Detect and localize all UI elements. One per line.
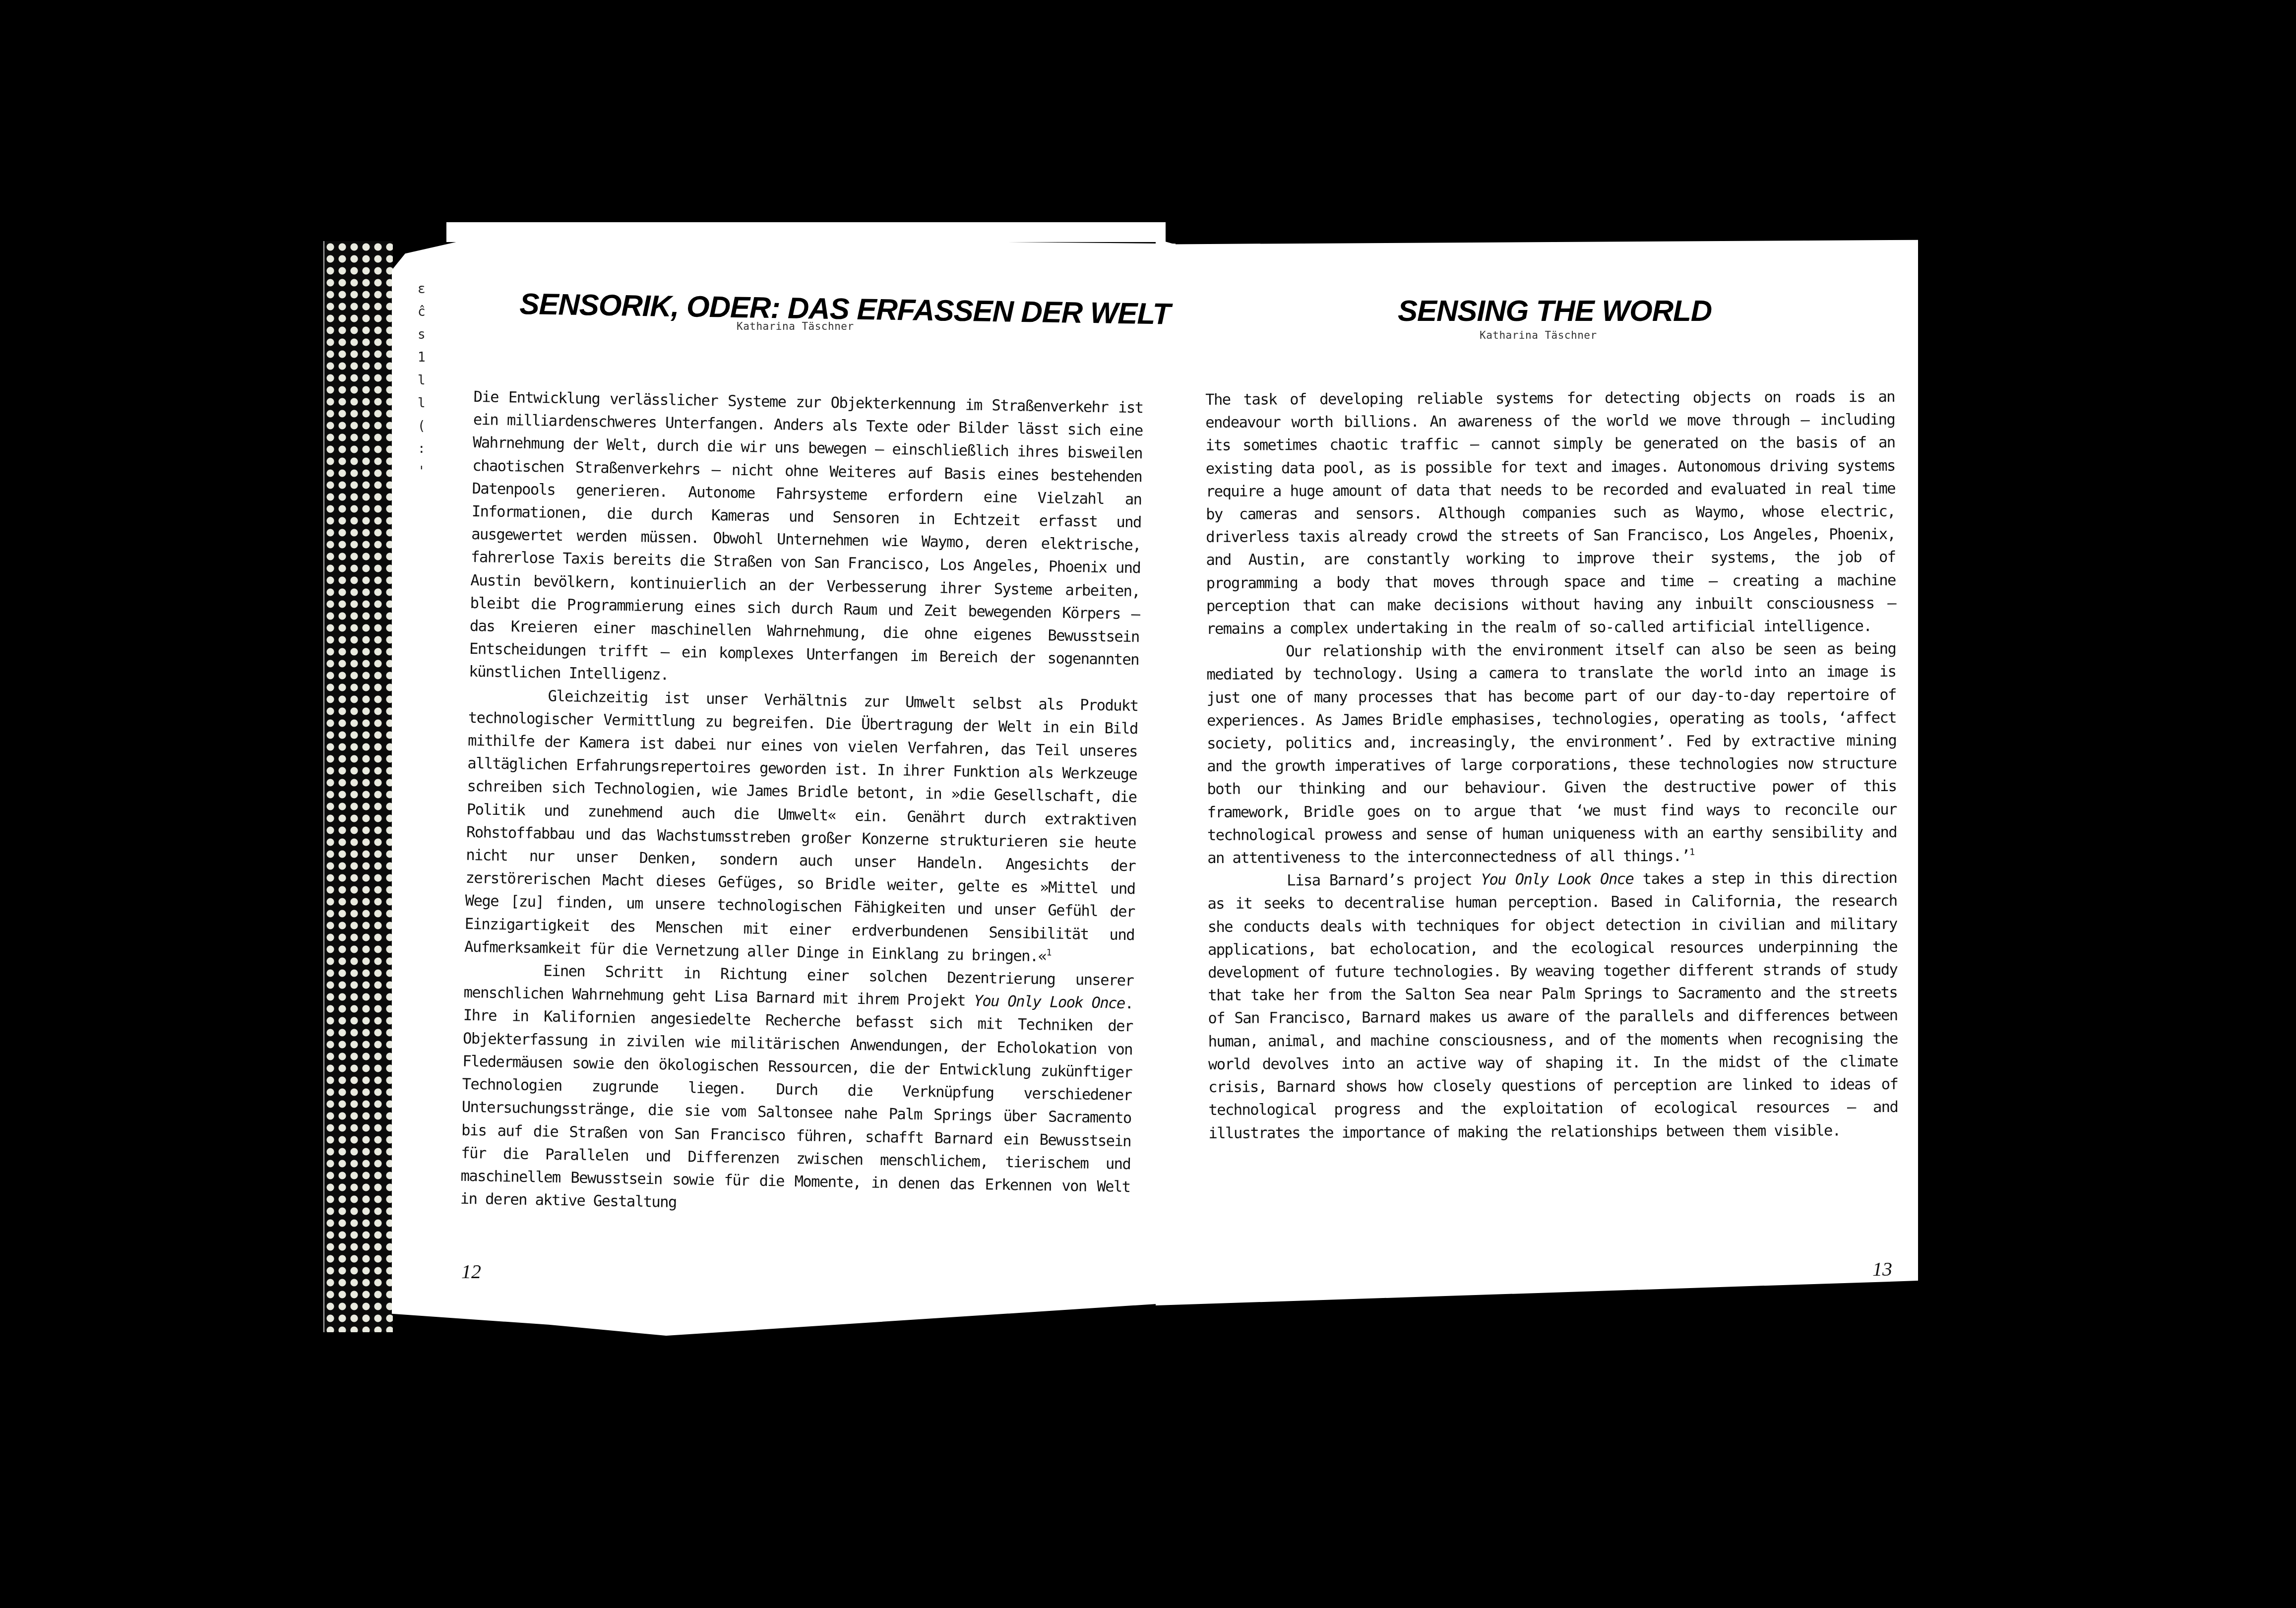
footnote-ref: 1 xyxy=(1689,847,1694,858)
paragraph: Lisa Barnard’s project You Only Look Onc… xyxy=(1207,867,1898,1145)
page-number-left: 12 xyxy=(461,1260,481,1283)
project-title: You Only Look Once xyxy=(974,992,1125,1012)
project-title: You Only Look Once xyxy=(1481,871,1634,889)
paragraph: Die Entwicklung verlässlicher Systeme zu… xyxy=(469,386,1143,695)
german-article-body: Die Entwicklung verlässlicher Systeme zu… xyxy=(460,386,1143,1222)
paragraph: The task of developing reliable systems … xyxy=(1205,386,1896,641)
english-article-body: The task of developing reliable systems … xyxy=(1205,386,1898,1145)
german-article-author: Katharina Täschner xyxy=(737,320,854,332)
paragraph: Gleichzeitig ist unser Verhältnis zur Um… xyxy=(464,684,1138,970)
english-article-title: SENSING THE WORLD xyxy=(1398,294,1712,328)
paragraph: Einen Schritt in Richtung einer solchen … xyxy=(460,959,1133,1222)
previous-page-fragment: ε ĉ s 1 l l ( : ' xyxy=(418,278,428,483)
paragraph: Our relationship with the environment it… xyxy=(1206,638,1897,870)
english-article-author: Katharina Täschner xyxy=(1480,329,1597,341)
footnote-ref: 1 xyxy=(1046,947,1051,958)
book-cover-halftone-edge xyxy=(323,241,393,1332)
page-number-right: 13 xyxy=(1872,1257,1892,1281)
